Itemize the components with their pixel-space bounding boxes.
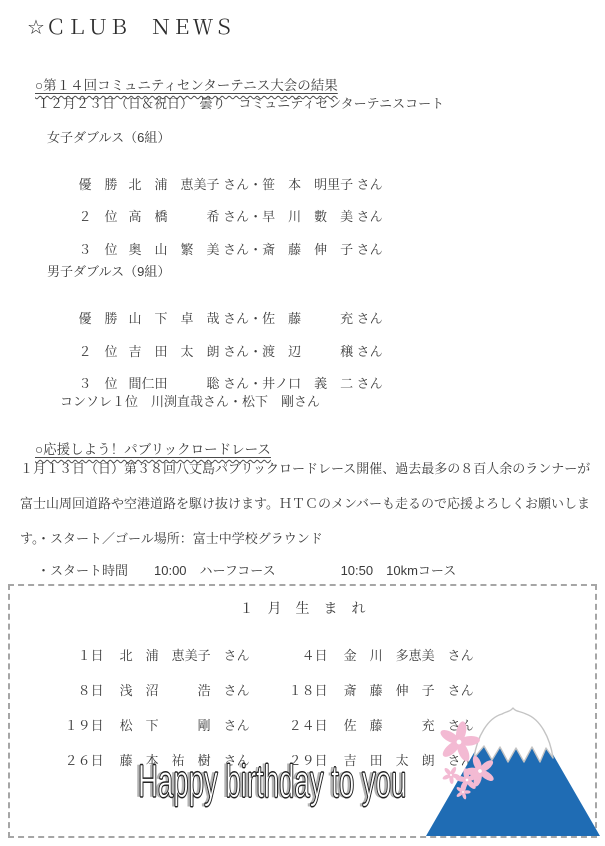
race-start-time-line: ・スタート時間 10:00 ハーフコース 10:50 10kmコース: [37, 560, 456, 579]
winner-names: 吉 田 太 朗 さん・渡 辺 穣 さん: [128, 344, 382, 359]
tennis-heading-text: ○第１４回コミュニティセンターテニス大会の結果: [35, 78, 338, 93]
birthday-day: １９日: [56, 715, 104, 734]
birthday-day: ２６日: [56, 750, 104, 769]
tennis-date-line: １２月２３日（日＆祝日） 曇り コミュニティセンターテニスコート: [37, 93, 444, 112]
happy-birthday-wordart: Happy birthday to you: [138, 758, 407, 804]
winner-names: 北 浦 恵美子 さん・笹 本 明里子 さん: [128, 177, 382, 192]
men-doubles-label: 男子ダブルス（9組）: [47, 261, 170, 280]
winner-names: 奥 山 繁 美 さん・斎 藤 伸 子 さん: [128, 242, 382, 257]
winner-names: 高 橋 希 さん・早 川 數 美 さん: [128, 209, 382, 224]
birthday-day: ８日: [56, 680, 104, 699]
winner-names: 山 下 卓 哉 さん・佐 藤 充 さん: [128, 311, 382, 326]
rank-label: ２ 位: [78, 206, 118, 225]
birthday-name: 北 浦 恵美子 さん: [120, 648, 250, 663]
birthday-name: 松 下 剛 さん: [120, 718, 250, 733]
birthday-day: １日: [56, 645, 104, 664]
birthday-day: １８日: [272, 680, 328, 699]
winner-names: 間仁田 聡 さん・井ノ口 義 二 さん: [128, 376, 382, 391]
rank-label: 優 勝: [78, 308, 118, 327]
birthday-heading: １ 月 生 ま れ: [10, 598, 595, 618]
newsletter-page: ☆ＣＬＵＢ ＮＥＷＳ ○第１４回コミュニティセンターテニス大会の結果 １２月２３…: [0, 0, 605, 846]
rank-label: ３ 位: [78, 239, 118, 258]
console-result-line: コンソレ１位 川渕直哉さん・松下 剛さん: [60, 391, 320, 410]
birthday-name: 金 川 多恵美 さん: [344, 648, 474, 663]
page-title: ☆ＣＬＵＢ ＮＥＷＳ: [27, 11, 235, 40]
mount-fuji-illustration: [424, 694, 602, 838]
birthday-day: ４日: [272, 645, 328, 664]
race-start-goal-line: ・スタート／ゴール場所：富士中学校グラウンド: [37, 528, 323, 547]
women-doubles-label: 女子ダブルス（6組）: [47, 127, 170, 146]
birthday-name: 浅 沼 浩 さん: [120, 683, 250, 698]
birthday-day: ２４日: [272, 715, 328, 734]
rank-label: ３ 位: [78, 373, 118, 392]
